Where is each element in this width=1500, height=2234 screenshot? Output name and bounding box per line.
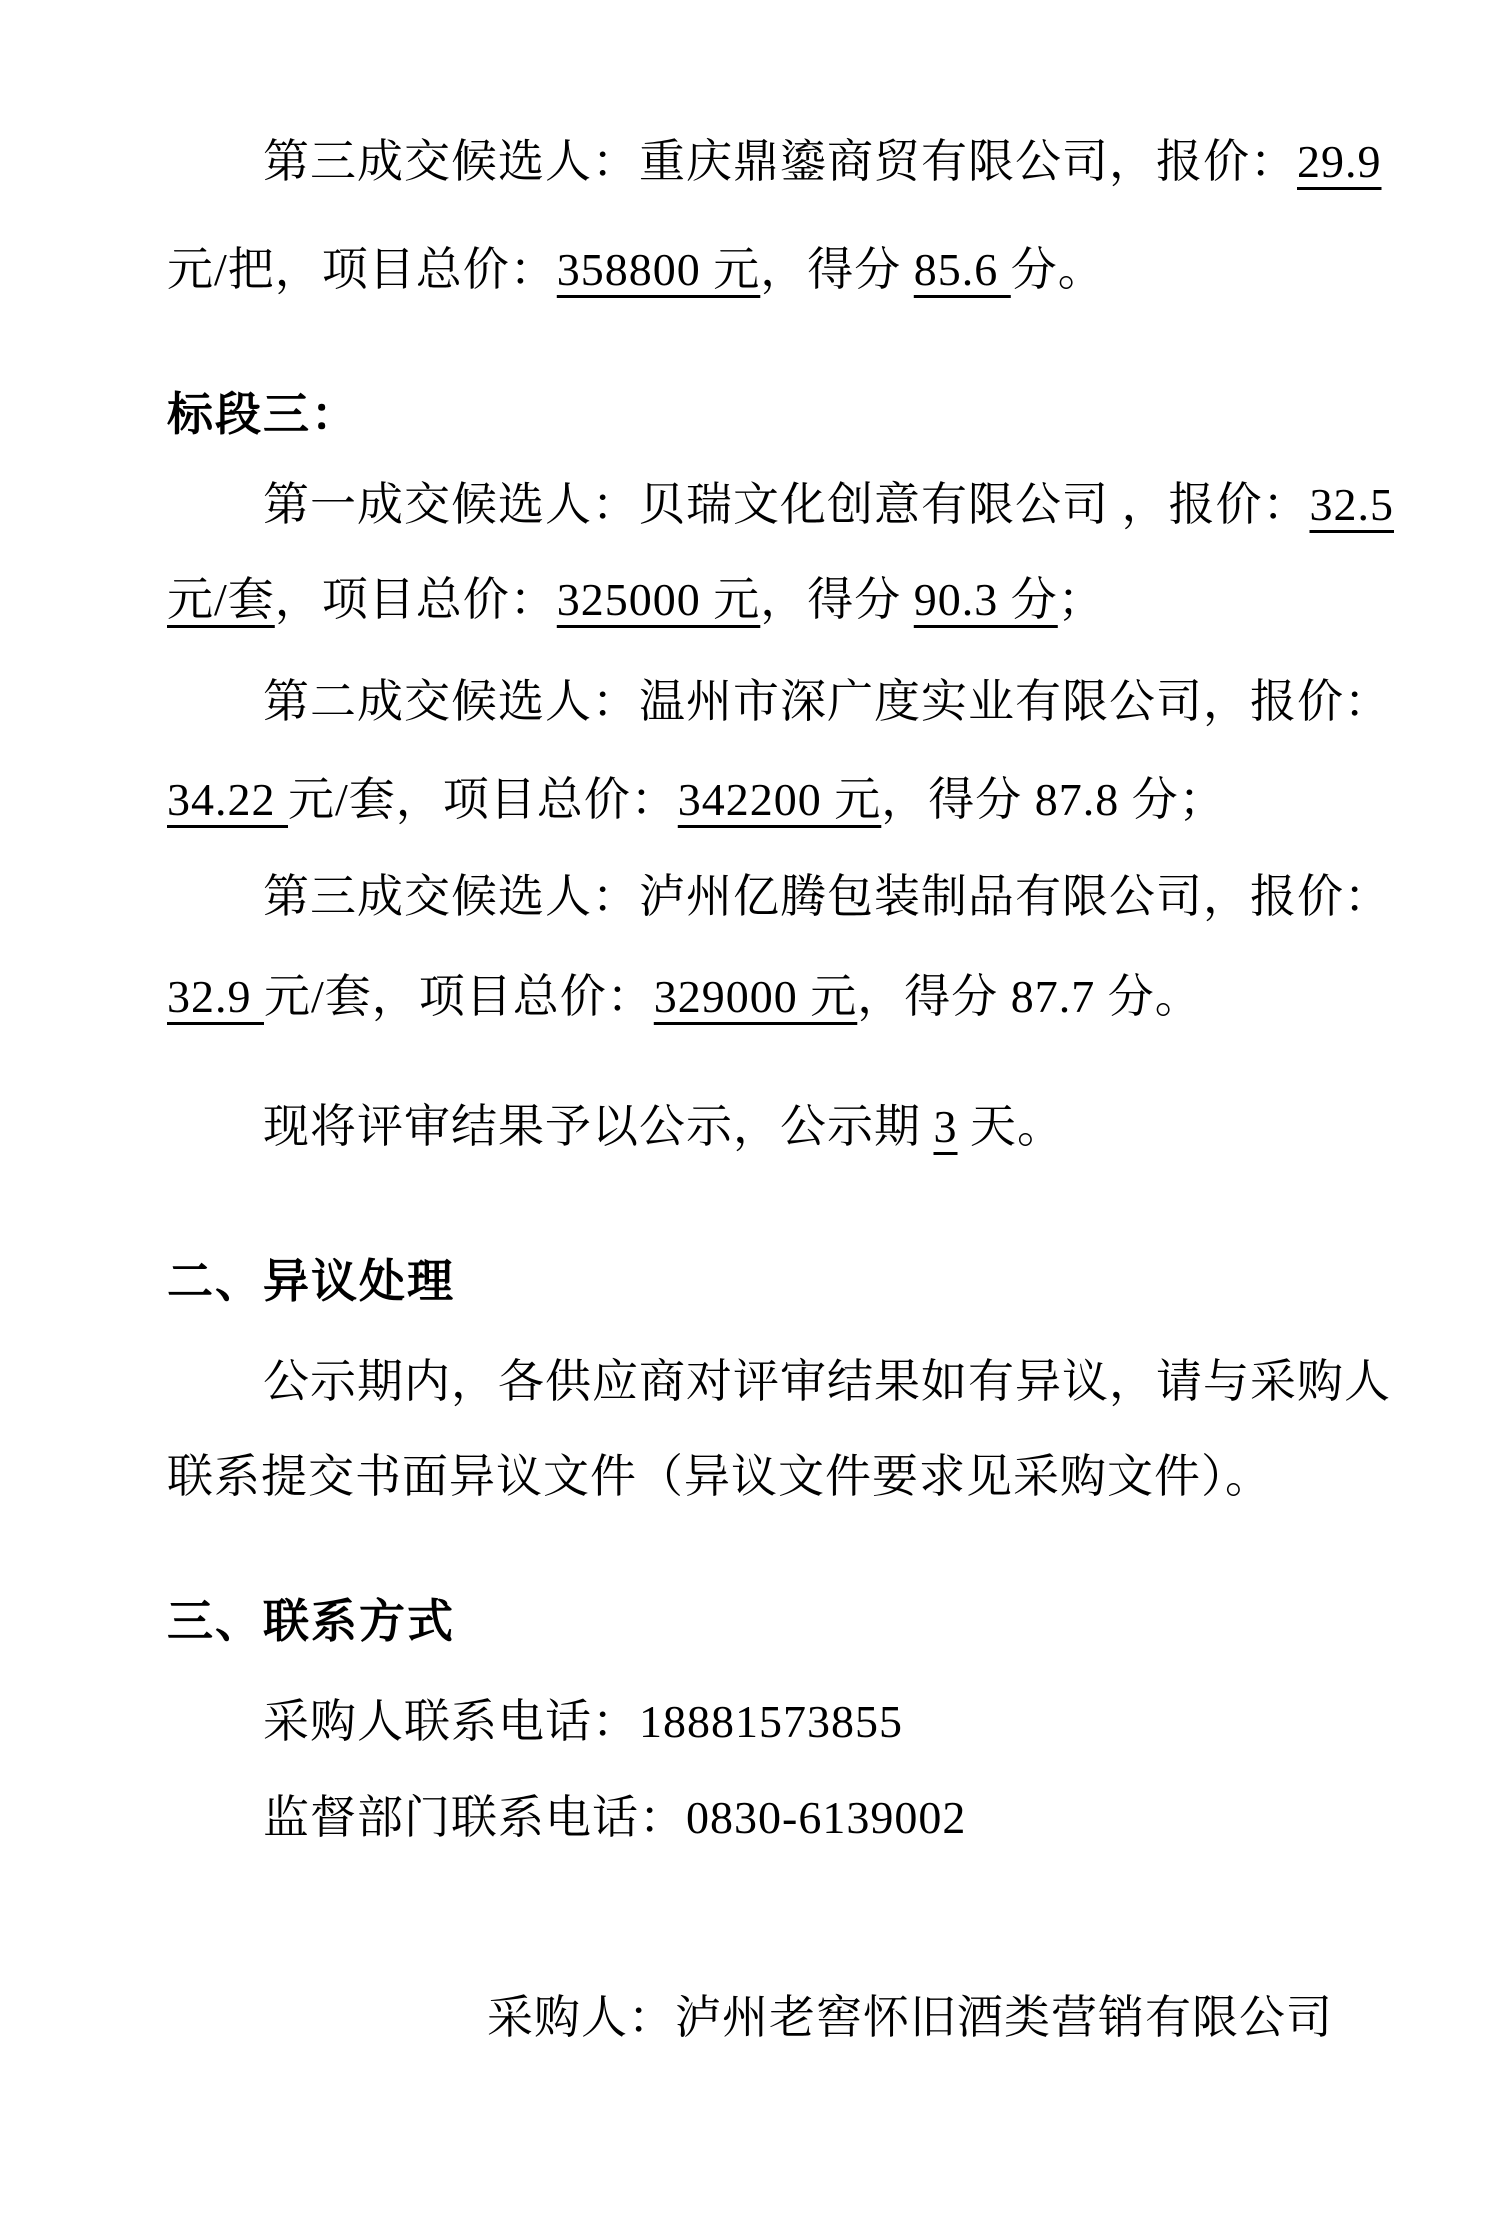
section-heading: 二、异议处理 (167, 1252, 455, 1312)
paragraph-line: 第二成交候选人：温州市深广度实业有限公司，报价： (263, 672, 1391, 732)
section-heading: 三、联系方式 (167, 1592, 455, 1652)
paragraph-line: 第一成交候选人：贝瑞文化创意有限公司 ，报价：32.5 (263, 475, 1394, 535)
underlined-segment: 元/套 (167, 574, 275, 625)
underlined-segment: 32.9 (167, 971, 264, 1022)
paragraph-line: 第三成交候选人：泸州亿腾包装制品有限公司，报价： (263, 867, 1391, 927)
paragraph-line: 元/把，项目总价：358800 元，得分 85.6 分。 (167, 240, 1105, 300)
text-segment: ； (1058, 574, 1105, 625)
text-segment: 二、异议处理 (167, 1255, 455, 1307)
text-segment: 元/把，项目总价： (167, 244, 557, 295)
paragraph-line: 元/套，项目总价：325000 元，得分 90.3 分； (167, 570, 1105, 630)
text-segment: 公示期内，各供应商对评审结果如有异议，请与采购人 (263, 1356, 1391, 1407)
underlined-segment: 342200 元 (678, 774, 882, 825)
underlined-segment: 32.5 (1310, 479, 1395, 530)
underlined-segment: 34.22 (167, 774, 288, 825)
underlined-segment: 3 (934, 1101, 958, 1152)
underlined-segment: 329000 元 (654, 971, 858, 1022)
text-segment: 分。 (1011, 244, 1105, 295)
text-segment: 第三成交候选人：重庆鼎鎏商贸有限公司，报价： (263, 136, 1297, 187)
text-segment: 第三成交候选人：泸州亿腾包装制品有限公司，报价： (263, 871, 1391, 922)
paragraph-line: 现将评审结果予以公示，公示期 3 天。 (263, 1097, 1064, 1157)
text-segment: ，项目总价： (275, 574, 557, 625)
document-page: 第三成交候选人：重庆鼎鎏商贸有限公司，报价：29.9元/把，项目总价：35880… (0, 0, 1500, 2234)
text-segment: ，得分 (760, 244, 914, 295)
signature-line: 采购人：泸州老窖怀旧酒类营销有限公司 (487, 1988, 1333, 2048)
paragraph-line: 监督部门联系电话：0830-6139002 (263, 1788, 966, 1848)
text-segment: 采购人联系电话：18881573855 (263, 1696, 903, 1747)
text-segment: 天。 (958, 1101, 1065, 1152)
text-segment: 联系提交书面异议文件（异议文件要求见采购文件）。 (167, 1451, 1272, 1502)
underlined-segment: 90.3 分 (914, 574, 1058, 625)
text-segment: 标段三： (167, 388, 359, 440)
text-segment: ，得分 87.7 分。 (857, 971, 1202, 1022)
underlined-segment: 85.6 (914, 244, 1011, 295)
paragraph-line: 32.9 元/套，项目总价：329000 元，得分 87.7 分。 (167, 967, 1202, 1027)
text-segment: 元/套，项目总价： (288, 774, 678, 825)
underlined-segment: 358800 元 (557, 244, 761, 295)
section-heading: 标段三： (167, 385, 359, 445)
text-segment: ，得分 (760, 574, 914, 625)
text-segment: 第二成交候选人：温州市深广度实业有限公司，报价： (263, 676, 1391, 727)
text-segment: 现将评审结果予以公示，公示期 (263, 1101, 934, 1152)
underlined-segment: 29.9 (1297, 136, 1382, 187)
text-segment: 监督部门联系电话：0830-6139002 (263, 1792, 966, 1843)
text-segment: 采购人：泸州老窖怀旧酒类营销有限公司 (487, 1992, 1333, 2043)
paragraph-line: 采购人联系电话：18881573855 (263, 1692, 903, 1752)
paragraph-line: 34.22 元/套，项目总价：342200 元，得分 87.8 分； (167, 770, 1226, 830)
text-segment: 元/套，项目总价： (264, 971, 654, 1022)
paragraph-line: 公示期内，各供应商对评审结果如有异议，请与采购人 (263, 1352, 1391, 1412)
text-segment: 三、联系方式 (167, 1595, 455, 1647)
text-segment: ，得分 87.8 分； (881, 774, 1226, 825)
text-segment: 第一成交候选人：贝瑞文化创意有限公司 ，报价： (263, 479, 1310, 530)
paragraph-line: 联系提交书面异议文件（异议文件要求见采购文件）。 (167, 1447, 1272, 1507)
paragraph-line: 第三成交候选人：重庆鼎鎏商贸有限公司，报价：29.9 (263, 132, 1382, 192)
underlined-segment: 325000 元 (557, 574, 761, 625)
